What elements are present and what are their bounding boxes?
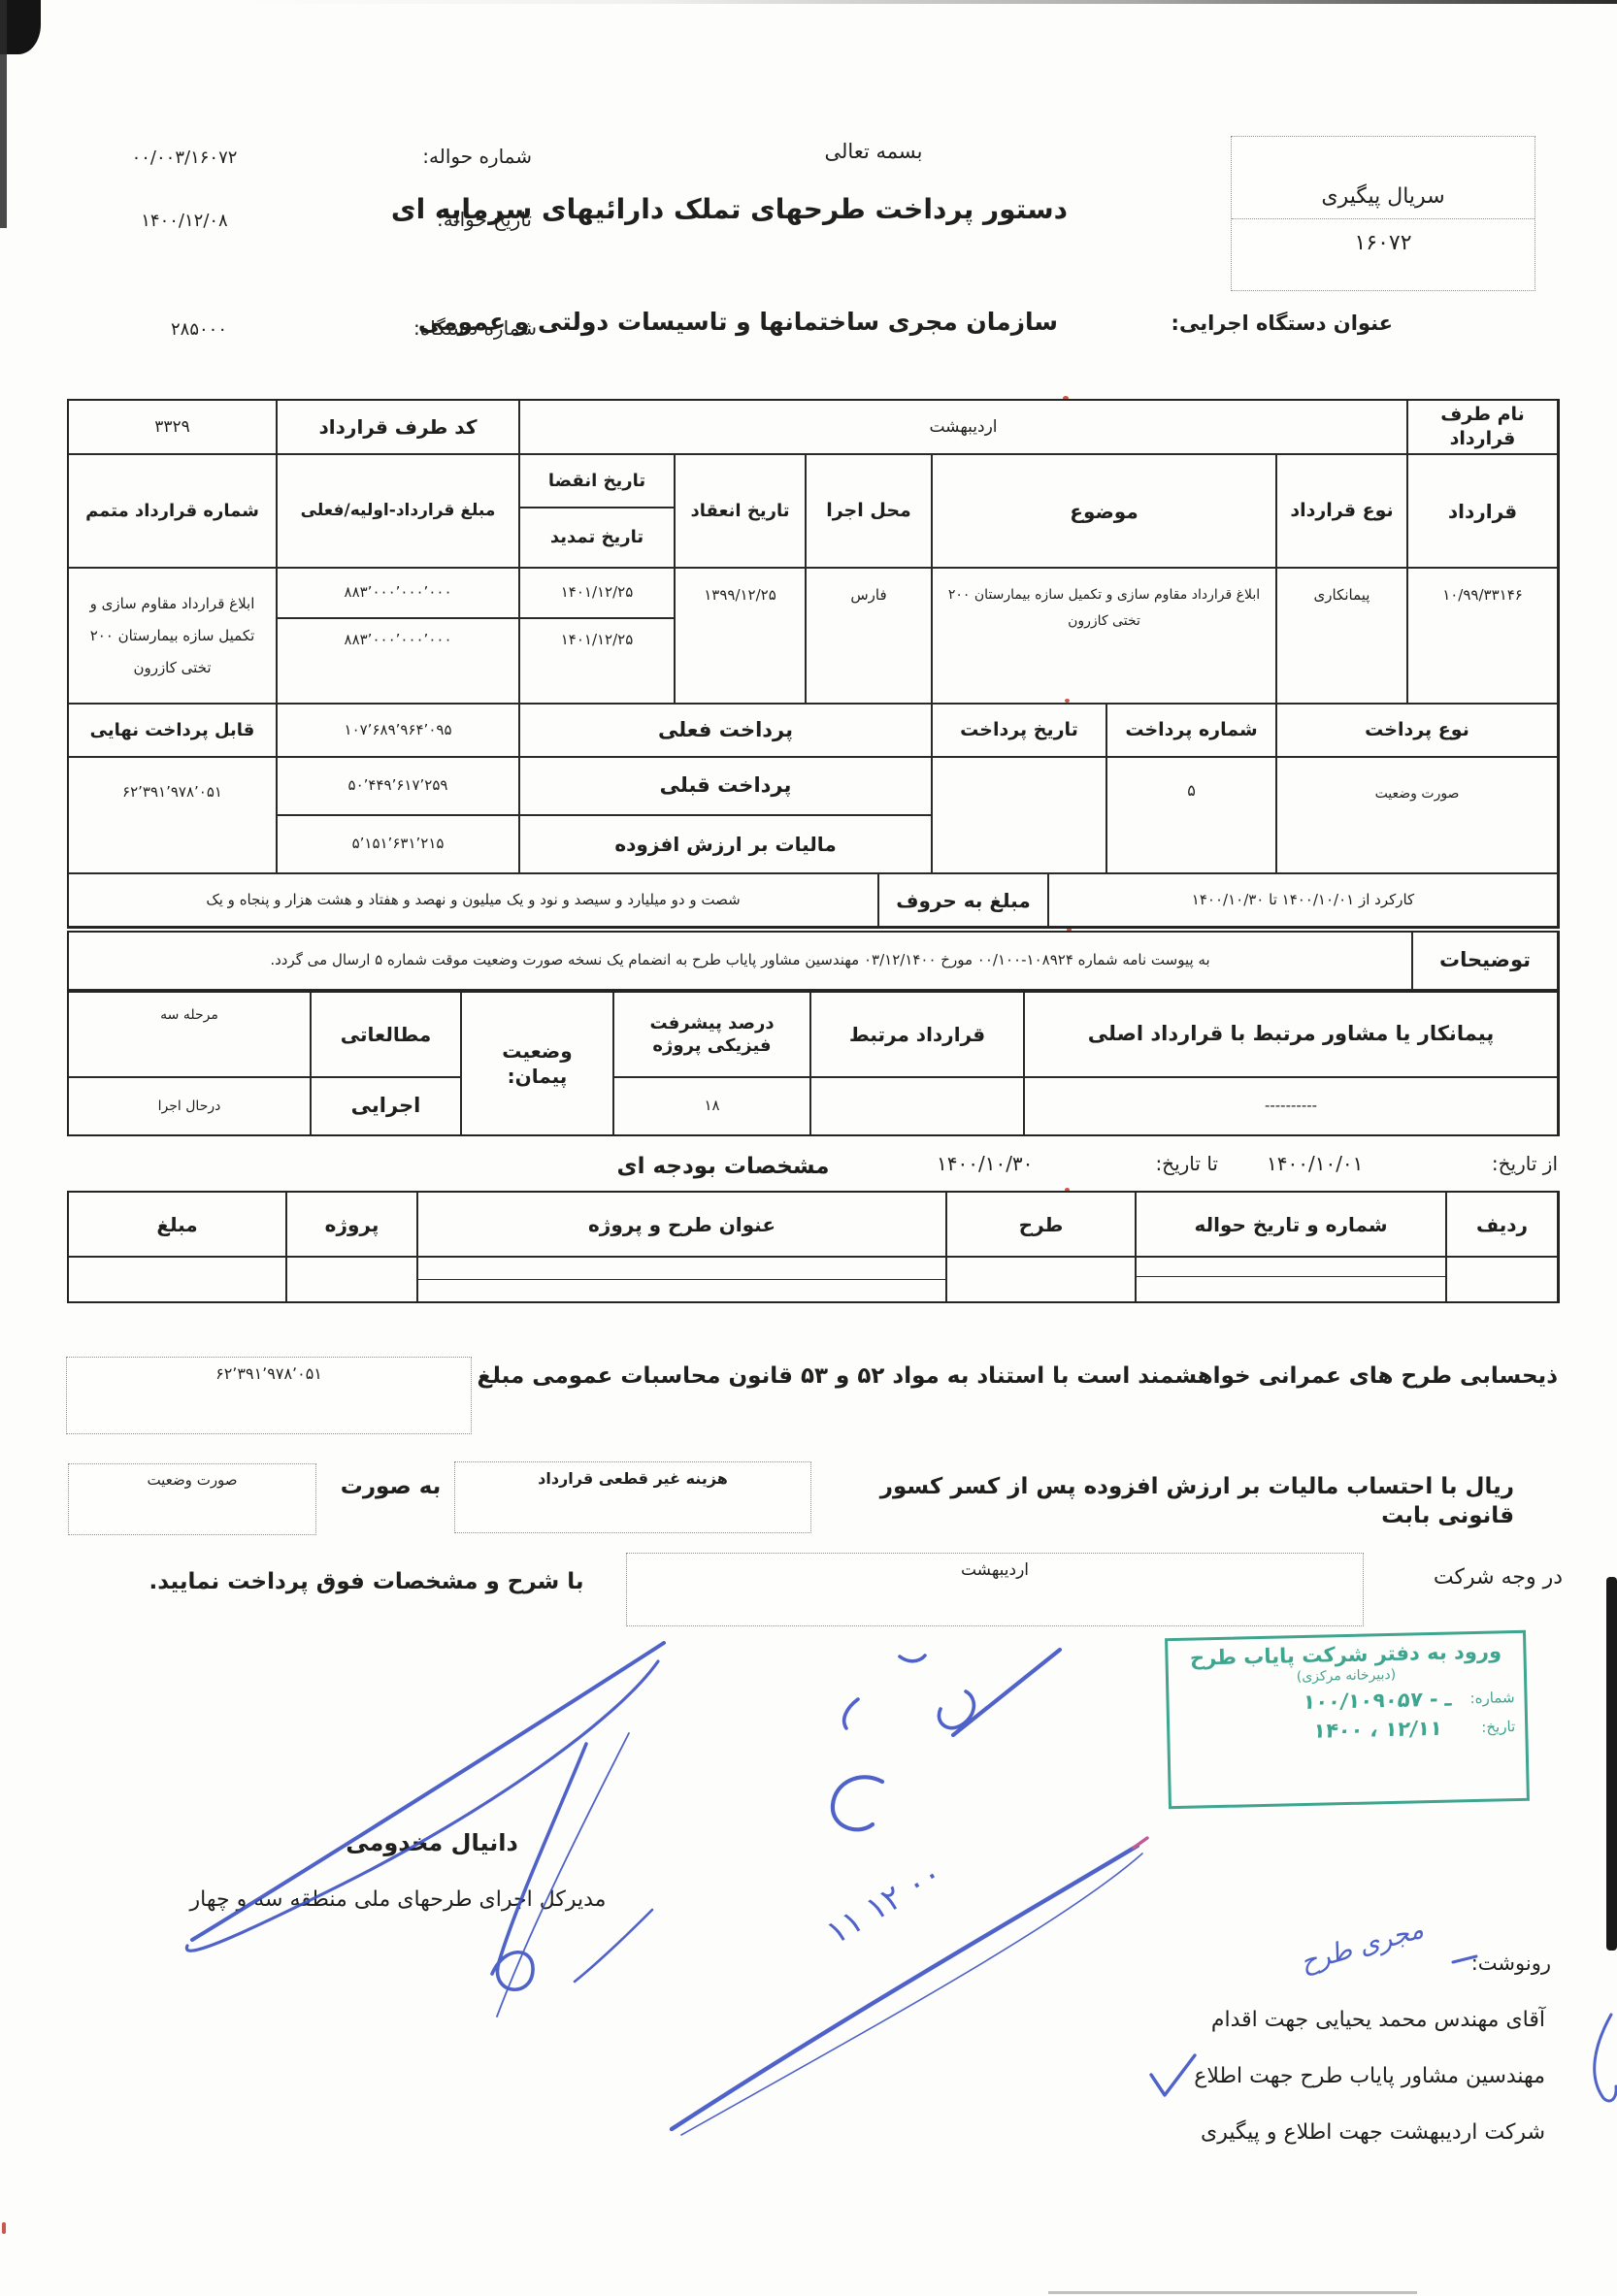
- handwritten-date-note: ۱۱ ۱۲ ۰۰: [820, 1853, 949, 1952]
- vat-label: مالیات بر ارزش افزوده: [519, 815, 932, 873]
- budget-col-amount: مبلغ: [68, 1192, 286, 1257]
- from-date-value: ۱۴۰۰/۱۰/۰۱: [1267, 1151, 1363, 1176]
- vat-amount: ۵٬۱۵۱٬۶۳۱٬۲۱۵: [277, 815, 519, 873]
- budget-col-project: پروژه: [286, 1192, 417, 1257]
- party-name-header: نام طرف قرارداد: [1407, 400, 1558, 454]
- amount-words-value: شصت و دو میلیارد و سیصد و نود و یک میلیو…: [68, 873, 878, 927]
- entry-stamp-date-label: تاریخ:: [1481, 1718, 1515, 1736]
- current-payment-amount: ۱۰۷٬۶۸۹٬۹۶۴٬۰۹۵: [277, 704, 519, 757]
- col-extension-date: تاریخ تمدید: [519, 508, 675, 568]
- budget-col-row: ردیف: [1446, 1192, 1558, 1257]
- pact-status-label: وضعیت پیمان:: [461, 992, 613, 1135]
- rial-vat-line: ریال با احتساب مالیات بر ارزش افزوده پس …: [825, 1473, 1514, 1531]
- budget-cell-project: [286, 1257, 417, 1302]
- study-label: مطالعاتی: [311, 992, 461, 1077]
- to-date-line: تا تاریخ: ۱۴۰۰/۱۰/۳۰: [937, 1151, 1218, 1176]
- expense-type-box-label: هزینه غیر قطعی قرارداد: [538, 1469, 728, 1488]
- copy-item-1: آقای مهندس محمد یحیایی جهت اقدام: [1196, 2007, 1545, 2035]
- tracking-serial-box: سریال پیگیری ۱۶۰۷۲: [1231, 136, 1535, 291]
- contract-sign-date-value: ۱۳۹۹/۱۲/۲۵: [675, 568, 806, 704]
- remittance-no-value: ۰۰/۰۰۳/۱۶۰۷۲: [97, 147, 272, 169]
- previous-payment-amount: ۵۰٬۴۴۹٬۶۱۷٬۲۵۹: [277, 757, 519, 815]
- device-no-value: ۲۸۵۰۰۰: [126, 318, 272, 341]
- scanned-payment-order-page: سریال پیگیری ۱۶۰۷۲ بسمه تعالی دستور پردا…: [0, 0, 1617, 2296]
- col-location: محل اجرا: [806, 454, 932, 568]
- contract-supplement-value: ابلاغ قرارداد مقاوم سازی و تکمیل سازه بی…: [68, 568, 277, 704]
- payment-type-value: صورت وضعیت: [1276, 757, 1558, 873]
- payment-date-header: تاریخ پرداخت: [932, 704, 1106, 757]
- final-amount-box: ۶۲٬۳۹۱٬۹۷۸٬۰۵۱: [66, 1357, 472, 1434]
- work-period: کارکرد از ۱۴۰۰/۱۰/۰۱ تا ۱۴۰۰/۱۰/۳۰: [1048, 873, 1558, 927]
- pay-instruction-line: با شرح و مشخصات فوق پرداخت نمایید.: [131, 1568, 602, 1597]
- progress-header: درصد پیشرفت فیزیکی پروژه: [613, 992, 810, 1077]
- payment-type-header: نوع پرداخت: [1276, 704, 1558, 757]
- final-amount-box-value: ۶۲٬۳۹۱٬۹۷۸٬۰۵۱: [215, 1364, 322, 1383]
- budget-cell-row: [1446, 1257, 1558, 1302]
- progress-value: ۱۸: [613, 1077, 810, 1135]
- scan-red-speck: [2, 2222, 6, 2234]
- related-contract-header: قرارداد مرتبط: [810, 992, 1024, 1077]
- party-code-header: کد طرف قرارداد: [277, 400, 519, 454]
- company-name-box-value: اردیبهشت: [961, 1560, 1029, 1580]
- notes-value: به پیوست نامه شماره ۱۰۸۹۲۴-۰۰/۱۰۰ مورخ ۰…: [68, 932, 1412, 990]
- payment-number-value: ۵: [1106, 757, 1276, 873]
- statement-box: صورت وضعیت: [68, 1463, 316, 1535]
- entry-stamp-number-label: شماره:: [1469, 1689, 1514, 1707]
- tracking-serial-value: ۱۶۰۷۲: [1232, 219, 1534, 255]
- payment-number-header: شماره پرداخت: [1106, 704, 1276, 757]
- budget-partial-line-ref: [1136, 1276, 1446, 1277]
- contract-extension-value: ۱۴۰۱/۱۲/۲۵: [519, 618, 675, 704]
- related-consultant-header: پیمانکار یا مشاور مرتبط با قرارداد اصلی: [1024, 992, 1558, 1077]
- besurat-label: به صورت: [335, 1473, 446, 1502]
- budget-cell-ref: [1136, 1257, 1446, 1302]
- scan-artifact-left-strip: [0, 0, 7, 228]
- from-date-label: از تاریخ:: [1492, 1151, 1558, 1176]
- bismillah: بسمه تعالی: [738, 139, 1009, 165]
- in-progress-value: درحال اجرا: [68, 1077, 311, 1135]
- to-date-label: تا تاریخ:: [1155, 1151, 1218, 1176]
- col-sign-date: تاریخ انعقاد: [675, 454, 806, 568]
- previous-payment-label: پرداخت قبلی: [519, 757, 932, 815]
- expense-type-box: هزینه غیر قطعی قرارداد: [454, 1461, 811, 1533]
- remittance-date-value: ۱۴۰۰/۱۲/۰۸: [97, 210, 272, 232]
- related-contract-value: [810, 1077, 1024, 1135]
- budget-col-title: عنوان طرح و پروژه: [417, 1192, 946, 1257]
- col-expiry-date: تاریخ انقضا: [519, 454, 675, 508]
- contract-type-value: پیمانکاری: [1276, 568, 1407, 704]
- contract-amount-initial: ۸۸۳٬۰۰۰٬۰۰۰٬۰۰۰: [277, 568, 519, 618]
- pay-to-company-label: در وجه شرکت: [1393, 1564, 1563, 1592]
- budget-col-ref: شماره و تاریخ حواله: [1136, 1192, 1446, 1257]
- contract-location-value: فارس: [806, 568, 932, 704]
- company-name-box: اردیبهشت: [626, 1553, 1364, 1626]
- budget-cell-amount: [68, 1257, 286, 1302]
- party-code-value: ۳۳۲۹: [68, 400, 277, 454]
- executing-organization: سازمان مجری ساختمانها و تاسیسات دولتی و …: [514, 307, 1058, 339]
- final-payable-header: قابل پرداخت نهایی: [68, 704, 277, 757]
- device-no-label: شماره دستگاه:: [396, 315, 537, 341]
- col-contract: قرارداد: [1407, 454, 1558, 568]
- contract-expiry-value: ۱۴۰۱/۱۲/۲۵: [519, 568, 675, 618]
- amount-words-label: مبلغ به حروف: [878, 873, 1048, 927]
- executive-value: اجرایی: [311, 1077, 461, 1135]
- notes-label: توضیحات: [1412, 932, 1558, 990]
- contract-subject-value: ابلاغ قرارداد مقاوم سازی و تکمیل سازه بی…: [932, 568, 1276, 704]
- entry-stamp-number-value: ۱۰۰/ـ - ۱۰۹۰۵۷: [1303, 1688, 1454, 1715]
- col-contract-type: نوع قرارداد: [1276, 454, 1407, 568]
- contract-amount-current: ۸۸۳٬۰۰۰٬۰۰۰٬۰۰۰: [277, 618, 519, 704]
- tracking-serial-label: سریال پیگیری: [1232, 173, 1534, 219]
- budget-partial-line-title: [417, 1279, 946, 1280]
- handwritten-copy-note: مجری طرح: [1297, 1915, 1427, 1979]
- statement-box-label: صورت وضعیت: [147, 1471, 237, 1489]
- budget-section-title: مشخصات بودجه ای: [607, 1153, 840, 1182]
- col-subject: موضوع: [932, 454, 1276, 568]
- entry-stamp: ورود به دفتر شرکت پایاب طرح (دبیرخانه مر…: [1165, 1630, 1530, 1809]
- final-payable-amount: ۶۲٬۳۹۱٬۹۷۸٬۰۵۱: [68, 757, 277, 873]
- budget-cell-plan: [946, 1257, 1136, 1302]
- page-title: دستور پرداخت طرحهای تملک دارائیهای سرمای…: [505, 192, 1068, 227]
- copy-item-2: مهندسین مشاور پایاب طرح جهت اطلاع: [1138, 2063, 1545, 2091]
- contract-number: ۱۰/۹۹/۳۳۱۴۶: [1407, 568, 1558, 704]
- to-date-value: ۱۴۰۰/۱۰/۳۰: [937, 1151, 1033, 1176]
- remittance-date-label: تاریخ حواله:: [406, 207, 532, 232]
- party-name-value: اردیبهشت: [519, 400, 1407, 454]
- accounting-request-line: ذیحسابی طرح های عمرانی خواهشمند است با ا…: [476, 1362, 1558, 1392]
- col-supplement: شماره قرارداد متمم: [68, 454, 277, 568]
- scan-artifact-top-strip: [0, 0, 1617, 4]
- current-payment-label: پرداخت فعلی: [519, 704, 932, 757]
- copy-item-3: شرکت اردیبهشت جهت اطلاع و پیگیری: [1157, 2119, 1545, 2148]
- phase-value: مرحله سه: [68, 992, 311, 1077]
- copy-label: رونوشت:: [1454, 1951, 1551, 1977]
- signer-name: دانیال مخدومی: [330, 1828, 534, 1858]
- entry-stamp-date-value: ۱۴۰۰ ، ۱۲/۱۱: [1312, 1717, 1443, 1743]
- scan-artifact-right-strip: [1606, 1577, 1617, 1951]
- agency-title-label: عنوان دستگاه اجرایی:: [1145, 311, 1393, 337]
- related-consultant-value: ----------: [1024, 1077, 1558, 1135]
- payment-date-value: [932, 757, 1106, 873]
- signer-title: مدیرکل اجرای طرحهای ملی منطقه سه و چهار: [150, 1886, 645, 1915]
- col-amount: مبلغ قرارداد-اولیه/فعلی: [277, 454, 519, 568]
- remittance-no-label: شماره حواله:: [406, 144, 532, 169]
- from-date-line: از تاریخ: ۱۴۰۰/۱۰/۰۱: [1267, 1151, 1558, 1176]
- budget-col-plan: طرح: [946, 1192, 1136, 1257]
- scan-artifact-bottom-line: [1048, 2291, 1417, 2294]
